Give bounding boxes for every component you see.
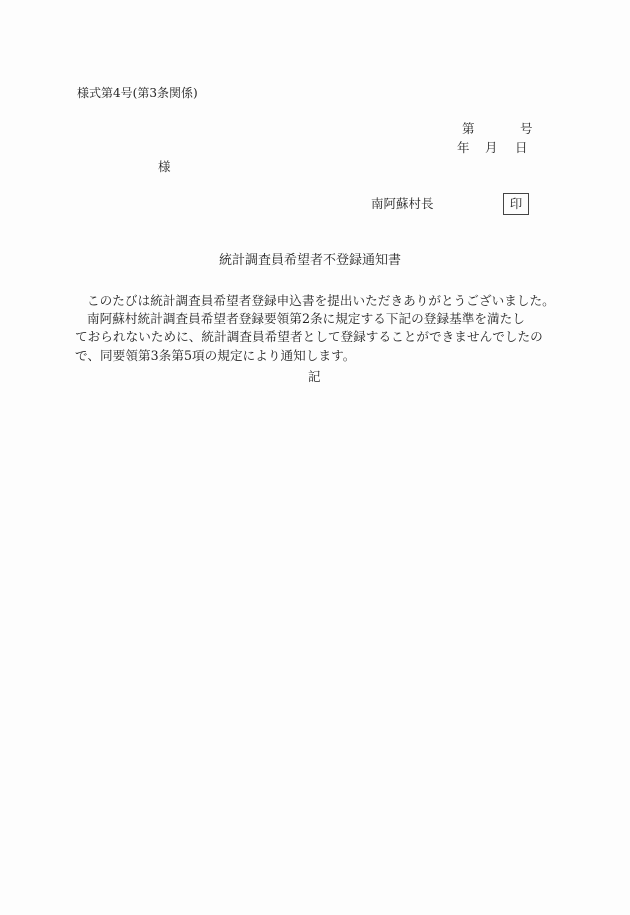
document-title: 統計調査員希望者不登録通知書 bbox=[219, 253, 401, 269]
date-day-label: 日 bbox=[515, 140, 528, 156]
seal-box: 印 bbox=[503, 193, 529, 215]
body-paragraph-2-line-1: 南阿蘇村統計調査員希望者登録要領第2条に規定する下記の登録基準を満たし bbox=[75, 310, 555, 328]
body-paragraph-2-line-2: ておられないために、統計調査員希望者として登録することができませんでしたの bbox=[75, 328, 555, 346]
date-line: 年月日 bbox=[457, 140, 528, 156]
document-body: このたびは統計調査員希望者登録申込書を提出いただきありがとうございました。 南阿… bbox=[75, 292, 555, 365]
sender-name: 南阿蘇村長 bbox=[371, 196, 434, 212]
body-paragraph-1: このたびは統計調査員希望者登録申込書を提出いただきありがとうございました。 bbox=[75, 292, 555, 310]
document-number-prefix: 第 bbox=[462, 121, 475, 137]
body-paragraph-2-line-3: で、同要領第3条第5項の規定により通知します。 bbox=[75, 347, 555, 365]
date-year-label: 年 bbox=[457, 140, 485, 156]
document-number-suffix: 号 bbox=[520, 121, 533, 137]
addressee-honorific: 様 bbox=[158, 159, 171, 175]
ki-heading: 記 bbox=[308, 369, 321, 385]
date-month-label: 月 bbox=[485, 140, 515, 156]
form-number: 様式第4号(第3条関係) bbox=[77, 85, 198, 101]
document-page: 様式第4号(第3条関係) 第 号 年月日 様 南阿蘇村長 印 統計調査員希望者不… bbox=[0, 0, 630, 915]
